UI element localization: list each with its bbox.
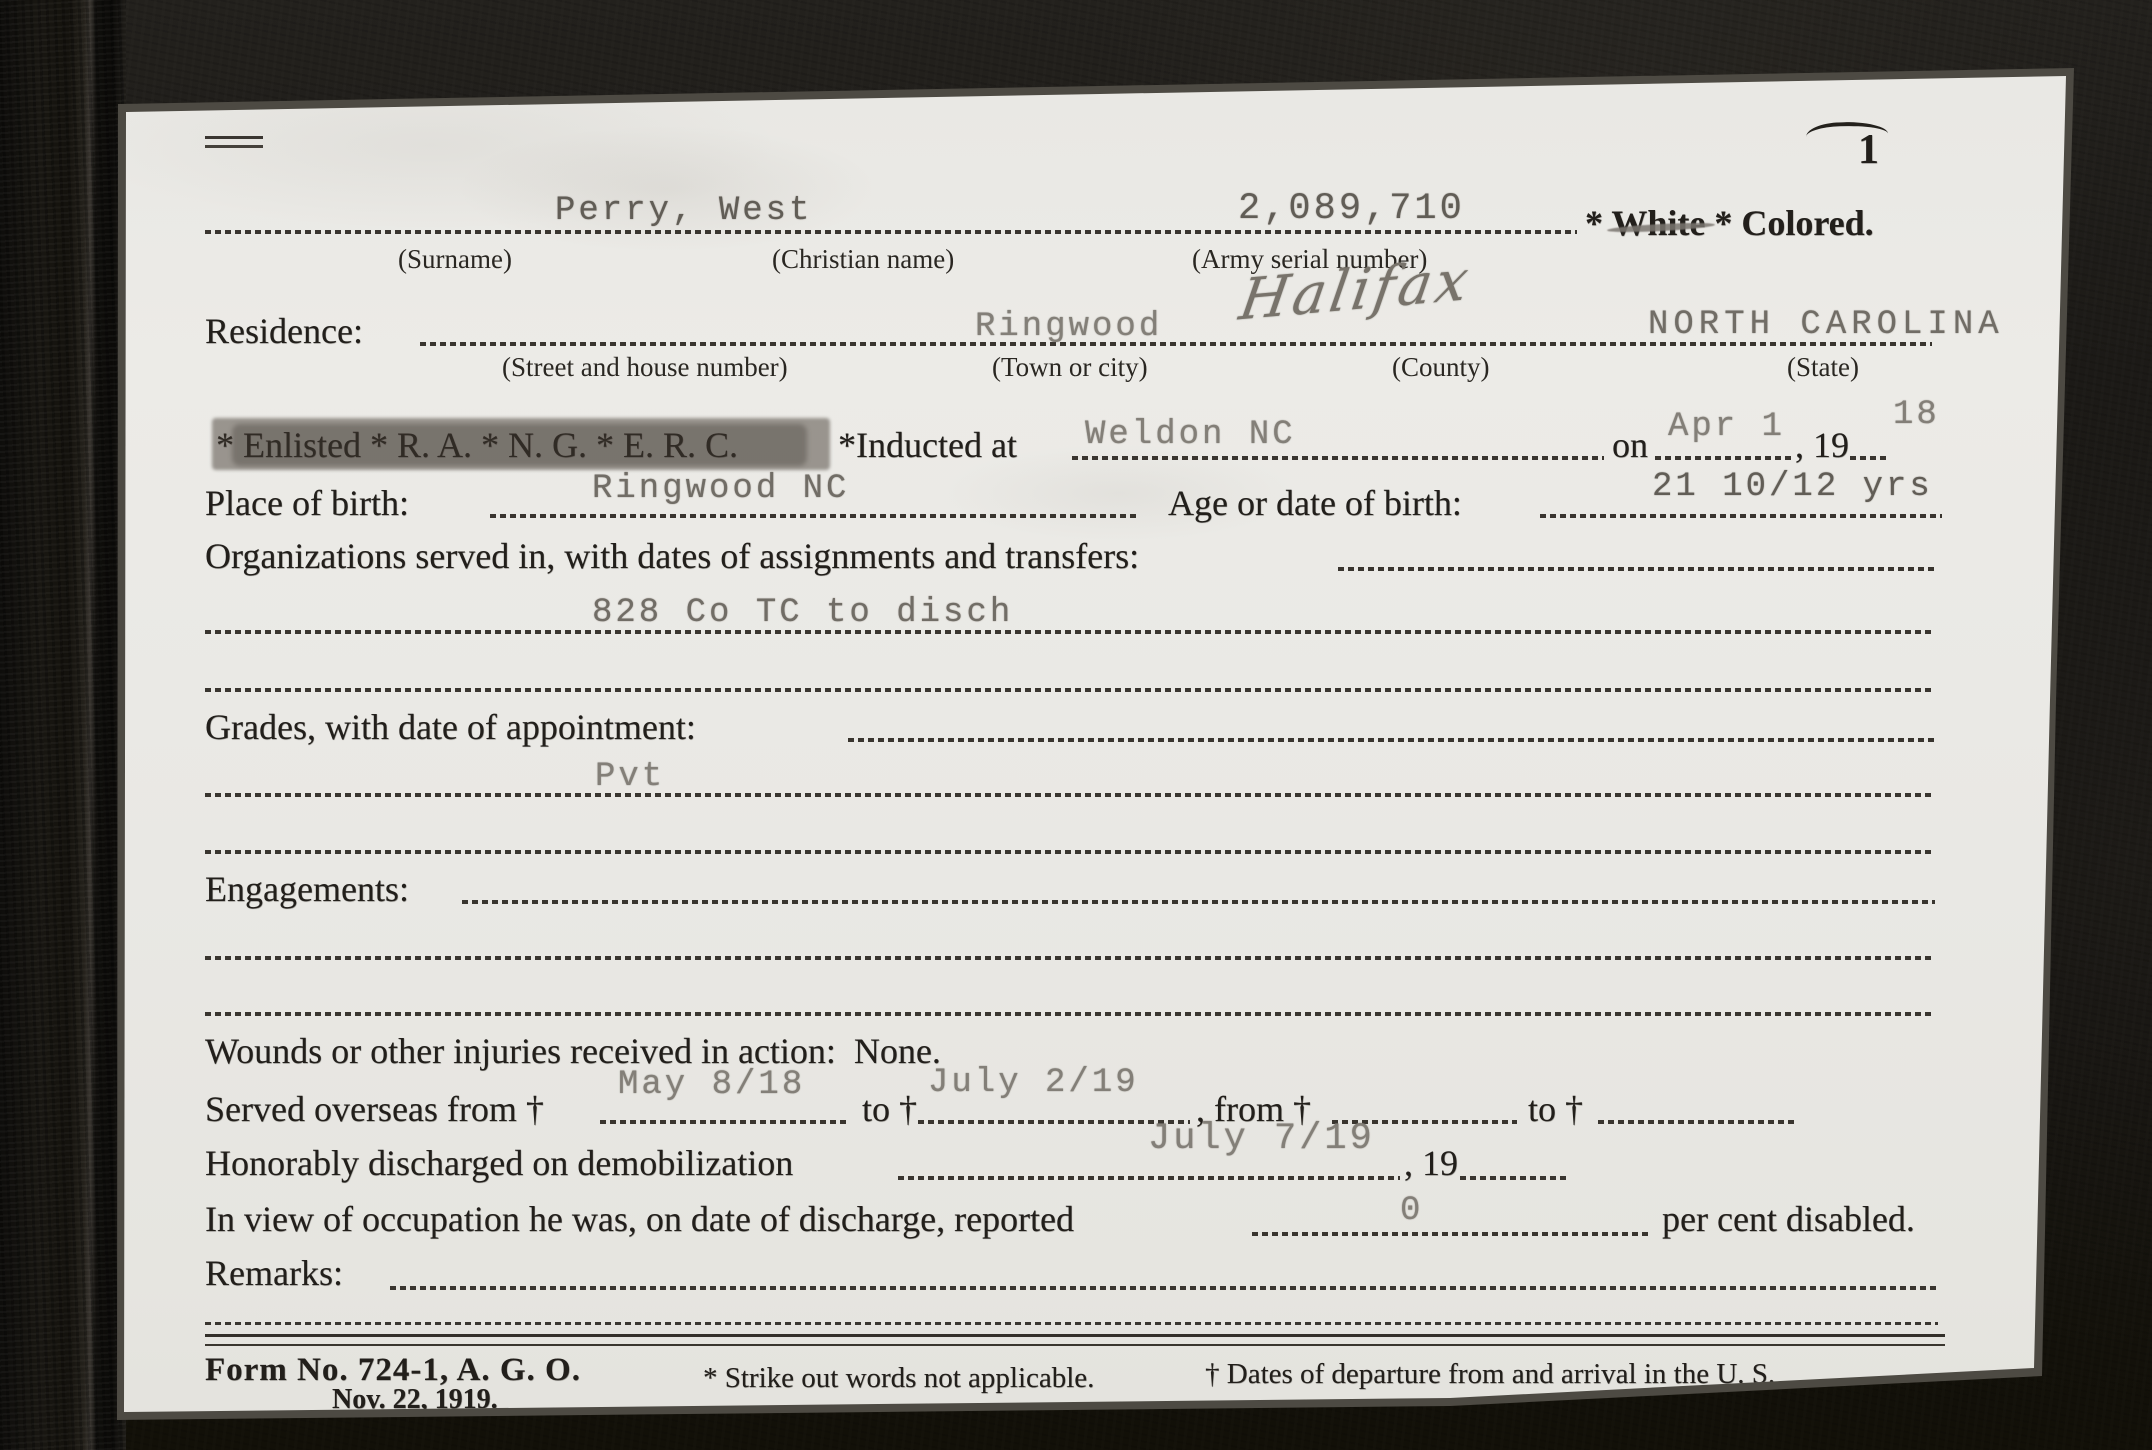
dotted-rule-overseas-4 bbox=[1598, 1120, 1794, 1124]
remarks-label: Remarks: bbox=[205, 1252, 343, 1294]
dotted-rule-bottom bbox=[205, 1322, 1938, 1325]
overseas-to1-label: to † bbox=[862, 1088, 917, 1130]
print-code: 2—7262 bbox=[1282, 1414, 1366, 1441]
engagements-label: Engagements: bbox=[205, 868, 409, 910]
name-value: Perry, West bbox=[555, 192, 812, 230]
overseas-to1-value: July 2/19 bbox=[928, 1064, 1139, 1102]
dotted-rule-overseas-1 bbox=[600, 1120, 850, 1124]
inducted-at-label: *Inducted at bbox=[838, 424, 1017, 466]
race-colored-option: * Colored. bbox=[1714, 203, 1873, 243]
wounds-line: Wounds or other injuries received in act… bbox=[205, 1030, 941, 1072]
residence-town-value: Ringwood bbox=[975, 308, 1162, 346]
dotted-rule-disability bbox=[1252, 1232, 1652, 1236]
dotted-rule-grades-1 bbox=[848, 738, 1935, 742]
overseas-to2-label: to † bbox=[1528, 1088, 1583, 1130]
scanned-service-record-page: 1 Perry, West 2,089,710 * White * Colore… bbox=[0, 0, 2152, 1450]
dotted-rule-date bbox=[1655, 456, 1791, 460]
dotted-rule-remarks bbox=[390, 1286, 1938, 1290]
overseas-from1-value: May 8/18 bbox=[618, 1066, 805, 1104]
street-label: (Street and house number) bbox=[502, 352, 788, 383]
place-of-birth-label: Place of birth: bbox=[205, 482, 409, 524]
on-label: on bbox=[1612, 424, 1648, 466]
dotted-rule-grades-3 bbox=[205, 850, 1935, 854]
dotted-rule-discharge-2 bbox=[1460, 1176, 1570, 1180]
dotted-rule-engagements-3 bbox=[205, 1012, 1935, 1016]
dotted-rule-organizations-2 bbox=[205, 630, 1935, 634]
discharge-date-value: July 7/19 bbox=[1148, 1118, 1375, 1160]
grades-label: Grades, with date of appointment: bbox=[205, 706, 696, 748]
year-19-label: , 19 bbox=[1795, 424, 1849, 466]
dotted-rule-engagements-2 bbox=[205, 956, 1935, 960]
dotted-rule-engagements-1 bbox=[462, 900, 1935, 904]
dotted-rule-age bbox=[1540, 514, 1942, 518]
inducted-place-value: Weldon NC bbox=[1085, 416, 1296, 454]
double-solid-rule bbox=[205, 1334, 1945, 1346]
record-card: 1 Perry, West 2,089,710 * White * Colore… bbox=[0, 0, 2152, 1450]
dotted-rule-organizations-3 bbox=[205, 688, 1935, 692]
dotted-rule-grades-2 bbox=[205, 793, 1935, 797]
disability-label: In view of occupation he was, on date of… bbox=[205, 1198, 1074, 1240]
disability-suffix: per cent disabled. bbox=[1662, 1198, 1915, 1240]
top-left-dash-mark bbox=[205, 136, 263, 148]
surname-label: (Surname) bbox=[398, 244, 512, 275]
organizations-value: 828 Co TC to disch bbox=[592, 594, 1013, 632]
organizations-label: Organizations served in, with dates of a… bbox=[205, 535, 1139, 577]
dotted-rule-discharge-1 bbox=[898, 1176, 1400, 1180]
state-label: (State) bbox=[1787, 352, 1859, 383]
place-of-birth-value: Ringwood NC bbox=[592, 470, 849, 508]
strikeout-smudge-inner bbox=[232, 424, 807, 466]
discharge-year-label: , 19 bbox=[1404, 1142, 1458, 1184]
town-label: (Town or city) bbox=[992, 352, 1148, 383]
discharge-label: Honorably discharged on demobilization bbox=[205, 1142, 793, 1184]
induction-date-value: Apr 1 bbox=[1668, 408, 1785, 446]
wounds-label: Wounds or other injuries received in act… bbox=[205, 1031, 836, 1071]
dotted-rule-organizations-1 bbox=[1338, 567, 1935, 571]
page-number: 1 bbox=[1858, 126, 1879, 174]
race-options: * White * Colored. bbox=[1585, 202, 1874, 244]
age-value: 21 10/12 yrs bbox=[1652, 468, 1933, 506]
dotted-rule-name bbox=[205, 230, 1577, 234]
induction-year-value: 18 bbox=[1893, 396, 1940, 434]
christian-name-label: (Christian name) bbox=[772, 244, 954, 275]
overseas-label: Served overseas from † bbox=[205, 1088, 544, 1130]
residence-state-value: NORTH CAROLINA bbox=[1648, 306, 2004, 344]
dotted-rule-inducted bbox=[1072, 456, 1604, 460]
dotted-rule-year bbox=[1850, 456, 1890, 460]
book-binding-edge bbox=[0, 0, 126, 1450]
footnote-strike-out: * Strike out words not applicable. bbox=[703, 1362, 1094, 1395]
age-label: Age or date of birth: bbox=[1168, 482, 1462, 524]
grades-value: Pvt bbox=[595, 758, 665, 796]
disability-value: 0 bbox=[1400, 1192, 1423, 1230]
dotted-rule-birthplace bbox=[490, 514, 1138, 518]
residence-label: Residence: bbox=[205, 310, 363, 352]
county-label: (County) bbox=[1392, 352, 1490, 383]
race-white-option: * White bbox=[1585, 203, 1705, 243]
serial-number-value: 2,089,710 bbox=[1238, 188, 1465, 230]
